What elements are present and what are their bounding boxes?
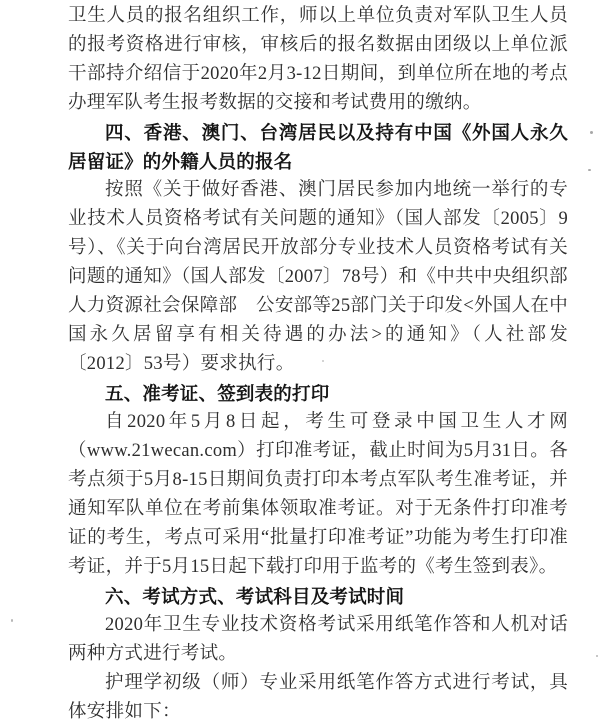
- scan-speck: [11, 619, 13, 622]
- scan-speck: [588, 169, 591, 171]
- heading-section-6-exam-format: 六、考试方式、考试科目及考试时间: [68, 582, 568, 611]
- heading-section-4-foreign-residents: 四、香港、澳门、台湾居民以及持有中国《外国人永久居留证》的外籍人员的报名: [68, 118, 568, 176]
- paragraph-hk-mo-tw-policy: 按照《关于做好香港、澳门居民参加内地统一举行的专业技术人员资格考试有关问题的通知…: [68, 176, 568, 379]
- scan-speck: [322, 360, 324, 362]
- heading-section-5-admission-ticket: 五、准考证、签到表的打印: [68, 379, 568, 408]
- paragraph-exam-format: 2020年卫生专业技术资格考试采用纸笔作答和人机对话两种方式进行考试。: [68, 611, 568, 669]
- paragraph-admission-ticket-printing: 自2020年5月8日起，考生可登录中国卫生人才网（www.21wecan.com…: [68, 408, 568, 582]
- paragraph-military-registration: 卫生人员的报名组织工作，师以上单位负责对军队卫生人员的报考资格进行审核，审核后的…: [68, 2, 568, 118]
- paragraph-nursing-exam-arrangement: 护理学初级（师）专业采用纸笔作答方式进行考试，具体安排如下：: [68, 669, 568, 727]
- scan-speck: [590, 131, 593, 134]
- scan-speck: [207, 357, 209, 359]
- scan-speck: [596, 655, 598, 657]
- scanned-document-page: 卫生人员的报名组织工作，师以上单位负责对军队卫生人员的报考资格进行审核，审核后的…: [68, 2, 568, 727]
